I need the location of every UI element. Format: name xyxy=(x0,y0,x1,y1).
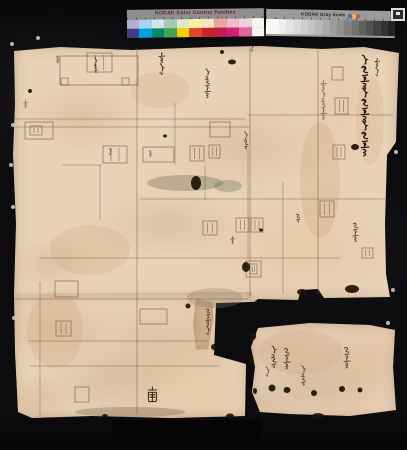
archival-photograph: KODAK Color Control Patches KODAK Gray S… xyxy=(0,0,407,450)
frame-marker-icon xyxy=(391,8,405,21)
manuscript-sheet-fragment xyxy=(250,322,398,420)
gray-scale-title: KODAK Gray Scale xyxy=(301,11,345,17)
backdrop-shadow xyxy=(112,420,262,450)
manuscript-sheet-main-upper xyxy=(12,44,400,302)
color-patches-bottom-row xyxy=(127,27,264,38)
kodak-gray-scale-strip: KODAK Gray Scale xyxy=(266,9,395,38)
gray-scale-steps xyxy=(266,19,395,36)
manuscript-sheet-main-lower xyxy=(12,292,252,420)
kodak-color-control-strip: KODAK Color Control Patches xyxy=(127,8,264,38)
